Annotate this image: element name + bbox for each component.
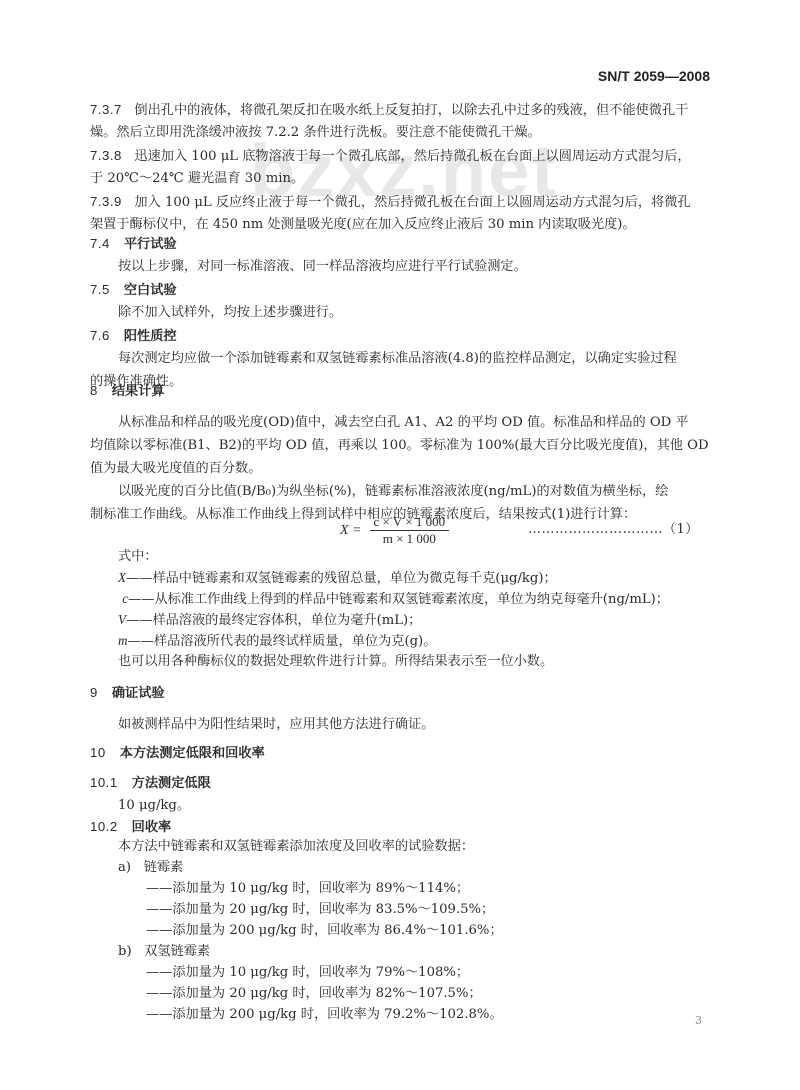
symbol: V	[118, 612, 126, 627]
heading-title: 结果计算	[112, 384, 165, 399]
heading-8: 8结果计算	[90, 382, 165, 401]
section-8-note: 也可以用各种酶标仪的数据处理软件进行计算。所得结果表示至一位小数。	[118, 653, 553, 671]
group-marker: b)	[118, 944, 132, 959]
group-name: 双氢链霉素	[144, 944, 210, 959]
heading-9: 9确证试验	[90, 684, 165, 703]
heading-number: 7.4	[90, 236, 110, 251]
heading-number: 10	[90, 745, 106, 760]
formula-lhs: X =	[340, 523, 362, 539]
symbol: X	[118, 570, 126, 585]
clause-7-3-7-line-1: 7.3.7 倒出孔中的液体，将微孔架反扣在吸水纸上反复拍打，以除去孔中过多的残液…	[90, 101, 688, 120]
definition-X: X——样品中链霉素和双氢链霉素的残留总量，单位为微克每千克(μg/kg)；	[118, 569, 557, 588]
heading-number: 9	[90, 685, 98, 700]
formula-fraction: c × V × 1 000 m × 1 000	[370, 514, 450, 547]
clause-7-3-8-line-1: 7.3.8 迅速加入 100 μL 底物溶液于每一个微孔底部，然后持微孔板在台面…	[90, 147, 691, 166]
recovery-item: ——添加量为 20 μg/kg 时，回收率为 83.5%～109.5%；	[146, 901, 494, 919]
clause-7-6-line-1: 每次测定均应做一个添加链霉素和双氢链霉素标准品溶液(4.8)的监控样品测定，以确…	[118, 350, 677, 368]
clause-number: 7.3.8	[90, 148, 122, 163]
clause-text: 迅速加入 100 μL 底物溶液于每一个微孔底部，然后持微孔板在台面上以圆周运动…	[134, 149, 690, 164]
heading-number: 8	[90, 383, 98, 398]
document-page: bzxz.net SN/T 2059—2008 7.3.7 倒出孔中的液体，将微…	[0, 0, 800, 1090]
heading-10-2: 10.2回收率	[90, 818, 171, 837]
definition-m: m——样品溶液所代表的最终试样质量，单位为克(g)。	[118, 632, 436, 651]
group-a-label: a) 链霉素	[118, 859, 183, 877]
standard-code-header: SN/T 2059—2008	[598, 68, 710, 84]
clause-text: 加入 100 μL 反应终止液于每一个微孔，然后持微孔板在台面上以圆周运动方式混…	[134, 195, 690, 210]
heading-title: 回收率	[132, 820, 172, 835]
definition-text: ——样品溶液的最终定容体积，单位为毫升(mL)；	[126, 613, 421, 628]
section-9-body: 如被测样品中为阳性结果时，应用其他方法进行确证。	[118, 716, 435, 734]
heading-7-4: 7.4平行试验	[90, 235, 177, 254]
recovery-item: ——添加量为 200 μg/kg 时，回收率为 79.2%～102.8%。	[146, 1006, 503, 1024]
section-8-p1-line-1: 从标准品和样品的吸光度(OD)值中，减去空白孔 A1、A2 的平均 OD 值。标…	[118, 414, 689, 432]
definition-c: c——从标准工作曲线上得到的样品中链霉素和双氢链霉素浓度，单位为纳克每毫升(ng…	[118, 590, 669, 609]
clause-number: 7.3.9	[90, 194, 122, 209]
clause-7-4-body: 按以上步骤，对同一标准溶液、同一样品溶液均应进行平行试验测定。	[118, 258, 527, 276]
heading-7-5: 7.5空白试验	[90, 281, 177, 300]
clause-7-3-9-line-2: 架置于酶标仪中，在 450 nm 处测量吸光度(应在加入反应终止液后 30 mi…	[90, 216, 636, 234]
formula-where-label: 式中：	[118, 548, 158, 566]
heading-number: 7.5	[90, 282, 110, 297]
heading-title: 平行试验	[124, 237, 177, 252]
group-marker: a)	[118, 860, 131, 875]
group-b-label: b) 双氢链霉素	[118, 943, 210, 961]
heading-title: 本方法测定低限和回收率	[120, 746, 265, 761]
clause-number: 7.3.7	[90, 102, 122, 117]
formula-denominator: m × 1 000	[383, 531, 436, 547]
heading-title: 空白试验	[124, 283, 177, 298]
heading-10-1: 10.1方法测定低限	[90, 774, 211, 793]
heading-title: 确证试验	[112, 686, 165, 701]
clause-7-5-body: 除不加入试样外，均按上述步骤进行。	[118, 304, 342, 322]
page-number: 3	[695, 1014, 702, 1027]
heading-7-6: 7.6阳性质控	[90, 327, 177, 346]
recovery-item: ——添加量为 20 μg/kg 时，回收率为 82%～107.5%；	[146, 985, 482, 1003]
definition-text: ——从标准工作曲线上得到的样品中链霉素和双氢链霉素浓度，单位为纳克每毫升(ng/…	[128, 592, 669, 607]
definition-text: ——样品中链霉素和双氢链霉素的残留总量，单位为微克每千克(μg/kg)；	[126, 571, 557, 586]
heading-title: 方法测定低限	[132, 776, 211, 791]
clause-7-3-8-line-2: 于 20℃～24℃ 避光温育 30 min。	[90, 170, 304, 188]
heading-number: 10.1	[90, 775, 118, 790]
section-8-p1-line-2: 均值除以零标准(B1、B2)的平均 OD 值，再乘以 100。零标准为 100%…	[90, 437, 709, 455]
clause-7-3-9-line-1: 7.3.9 加入 100 μL 反应终止液于每一个微孔，然后持微孔板在台面上以圆…	[90, 193, 691, 212]
heading-number: 7.6	[90, 328, 110, 343]
definition-V: V——样品溶液的最终定容体积，单位为毫升(mL)；	[118, 611, 421, 630]
section-10-2-intro: 本方法中链霉素和双氢链霉素添加浓度及回收率的试验数据：	[118, 838, 474, 856]
section-8-p1-line-3: 值为最大吸光度值的百分数。	[90, 460, 261, 478]
heading-title: 阳性质控	[124, 329, 177, 344]
formula-numerator: c × V × 1 000	[370, 514, 450, 531]
section-8-p2-line-1: 以吸光度的百分比值(B/B₀)为纵坐标(%)，链霉素标准溶液浓度(ng/mL)的…	[118, 483, 668, 501]
group-name: 链霉素	[144, 860, 184, 875]
recovery-item: ——添加量为 200 μg/kg 时，回收率为 86.4%～101.6%；	[146, 922, 503, 940]
definition-text: ——样品溶液所代表的最终试样质量，单位为克(g)。	[128, 634, 437, 649]
recovery-item: ——添加量为 10 μg/kg 时，回收率为 89%～114%；	[146, 880, 469, 898]
formula-reference-number: …………………………（1）	[528, 518, 699, 537]
section-10-1-body: 10 μg/kg。	[118, 797, 190, 815]
recovery-item: ——添加量为 10 μg/kg 时，回收率为 79%～108%；	[146, 964, 469, 982]
heading-number: 10.2	[90, 819, 118, 834]
symbol: m	[118, 633, 128, 648]
clause-text: 倒出孔中的液体，将微孔架反扣在吸水纸上反复拍打，以除去孔中过多的残液，但不能使微…	[134, 103, 688, 118]
clause-7-3-7-line-2: 燥。然后立即用洗涤缓冲液按 7.2.2 条件进行洗板。要注意不能使微孔干燥。	[90, 124, 541, 142]
heading-10: 10本方法测定低限和回收率	[90, 744, 265, 763]
formula-1: X = c × V × 1 000 m × 1 000	[340, 514, 449, 547]
